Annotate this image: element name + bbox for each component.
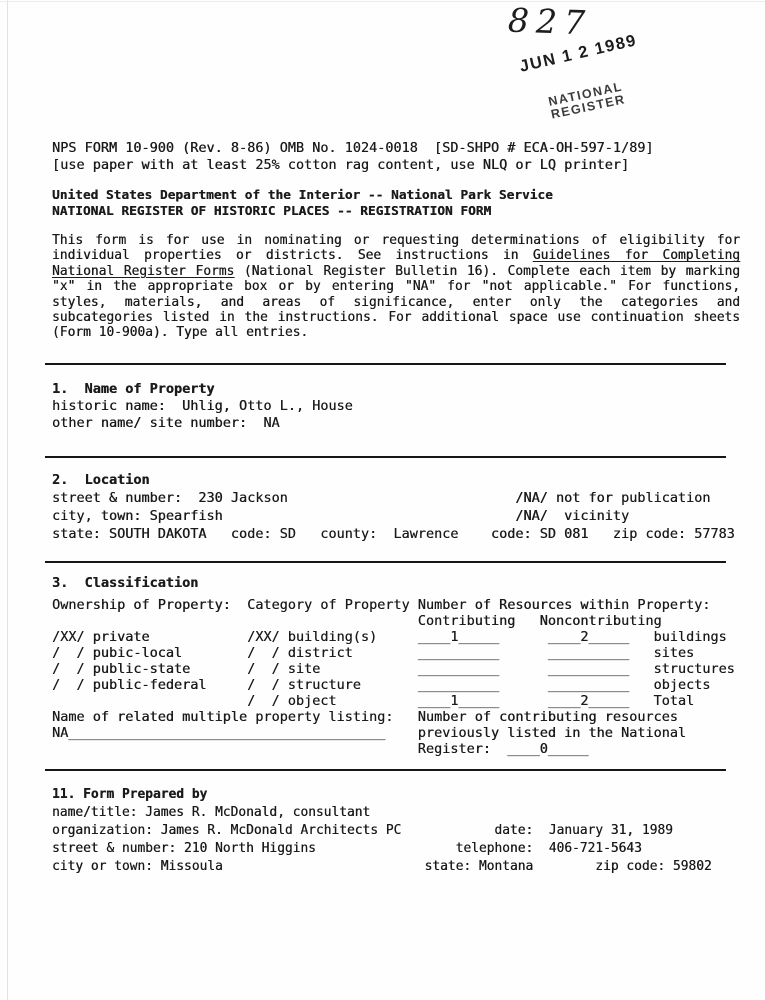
national-register-stamp: NATIONAL REGISTER xyxy=(546,80,628,122)
registration-form-page: 827 JUN 1 2 1989 NATIONAL REGISTER NPS F… xyxy=(0,0,765,1000)
form-title-line: NATIONAL REGISTER OF HISTORIC PLACES -- … xyxy=(52,204,553,220)
section-11-form-prepared-by: 11. Form Prepared by name/title: James R… xyxy=(52,786,712,876)
contributing-headers-line: Contributing Noncontributing xyxy=(52,613,735,629)
form-header-block: NPS FORM 10-900 (Rev. 8-86) OMB No. 1024… xyxy=(52,140,653,174)
other-name-line: other name/ site number: NA xyxy=(52,415,353,432)
section-divider xyxy=(45,561,726,563)
name-title-line: name/title: James R. McDonald, consultan… xyxy=(52,804,712,822)
street-number-line: street & number: 230 Jackson /NA/ not fo… xyxy=(52,489,735,507)
section-divider xyxy=(45,363,726,365)
street-telephone-line: street & number: 210 North Higgins telep… xyxy=(52,840,712,858)
city-town-line: city, town: Spearfish /NA/ vicinity xyxy=(52,507,735,525)
public-state-site-row: / / public-state / / site __________ ___… xyxy=(52,661,735,677)
na-blank-line: NA______________________________________… xyxy=(52,725,735,741)
page-edge-line xyxy=(7,0,8,1000)
handwritten-number: 827 xyxy=(507,1,592,43)
agency-line: United States Department of the Interior… xyxy=(52,188,553,204)
section-heading: 3. Classification xyxy=(52,575,735,591)
private-buildings-row: /XX/ private /XX/ building(s) ____1_____… xyxy=(52,629,735,645)
form-number-line: NPS FORM 10-900 (Rev. 8-86) OMB No. 1024… xyxy=(52,140,653,157)
agency-title-block: United States Department of the Interior… xyxy=(52,188,553,219)
section-heading: 11. Form Prepared by xyxy=(52,786,712,804)
public-federal-structure-row: / / public-federal / / structure _______… xyxy=(52,677,735,693)
instructions-paragraph: This form is for use in nominating or re… xyxy=(52,233,740,341)
state-county-zip-line: state: SOUTH DAKOTA code: SD county: Law… xyxy=(52,525,735,543)
object-total-row: / / object ____1_____ ____2_____ Total xyxy=(52,693,735,709)
historic-name-line: historic name: Uhlig, Otto L., House xyxy=(52,398,353,415)
multiple-property-listing-line: Name of related multiple property listin… xyxy=(52,709,735,725)
organization-date-line: organization: James R. McDonald Architec… xyxy=(52,822,712,840)
page-edge-line xyxy=(0,1,765,2)
section-2-location: 2. Location street & number: 230 Jackson… xyxy=(52,471,735,543)
register-count-line: Register: ____0_____ xyxy=(52,741,735,757)
section-heading: 1. Name of Property xyxy=(52,381,353,398)
section-heading: 2. Location xyxy=(52,471,735,489)
city-state-zip-line: city or town: Missoula state: Montana zi… xyxy=(52,858,712,876)
section-1-name-of-property: 1. Name of Property historic name: Uhlig… xyxy=(52,381,353,432)
classification-column-headers: Ownership of Property: Category of Prope… xyxy=(52,597,735,613)
section-3-classification: 3. Classification Ownership of Property:… xyxy=(52,575,735,757)
paper-spec-line: [use paper with at least 25% cotton rag … xyxy=(52,157,653,174)
section-divider xyxy=(45,769,726,771)
section-divider xyxy=(45,456,726,458)
public-local-district-row: / / pubic-local / / district __________ … xyxy=(52,645,735,661)
